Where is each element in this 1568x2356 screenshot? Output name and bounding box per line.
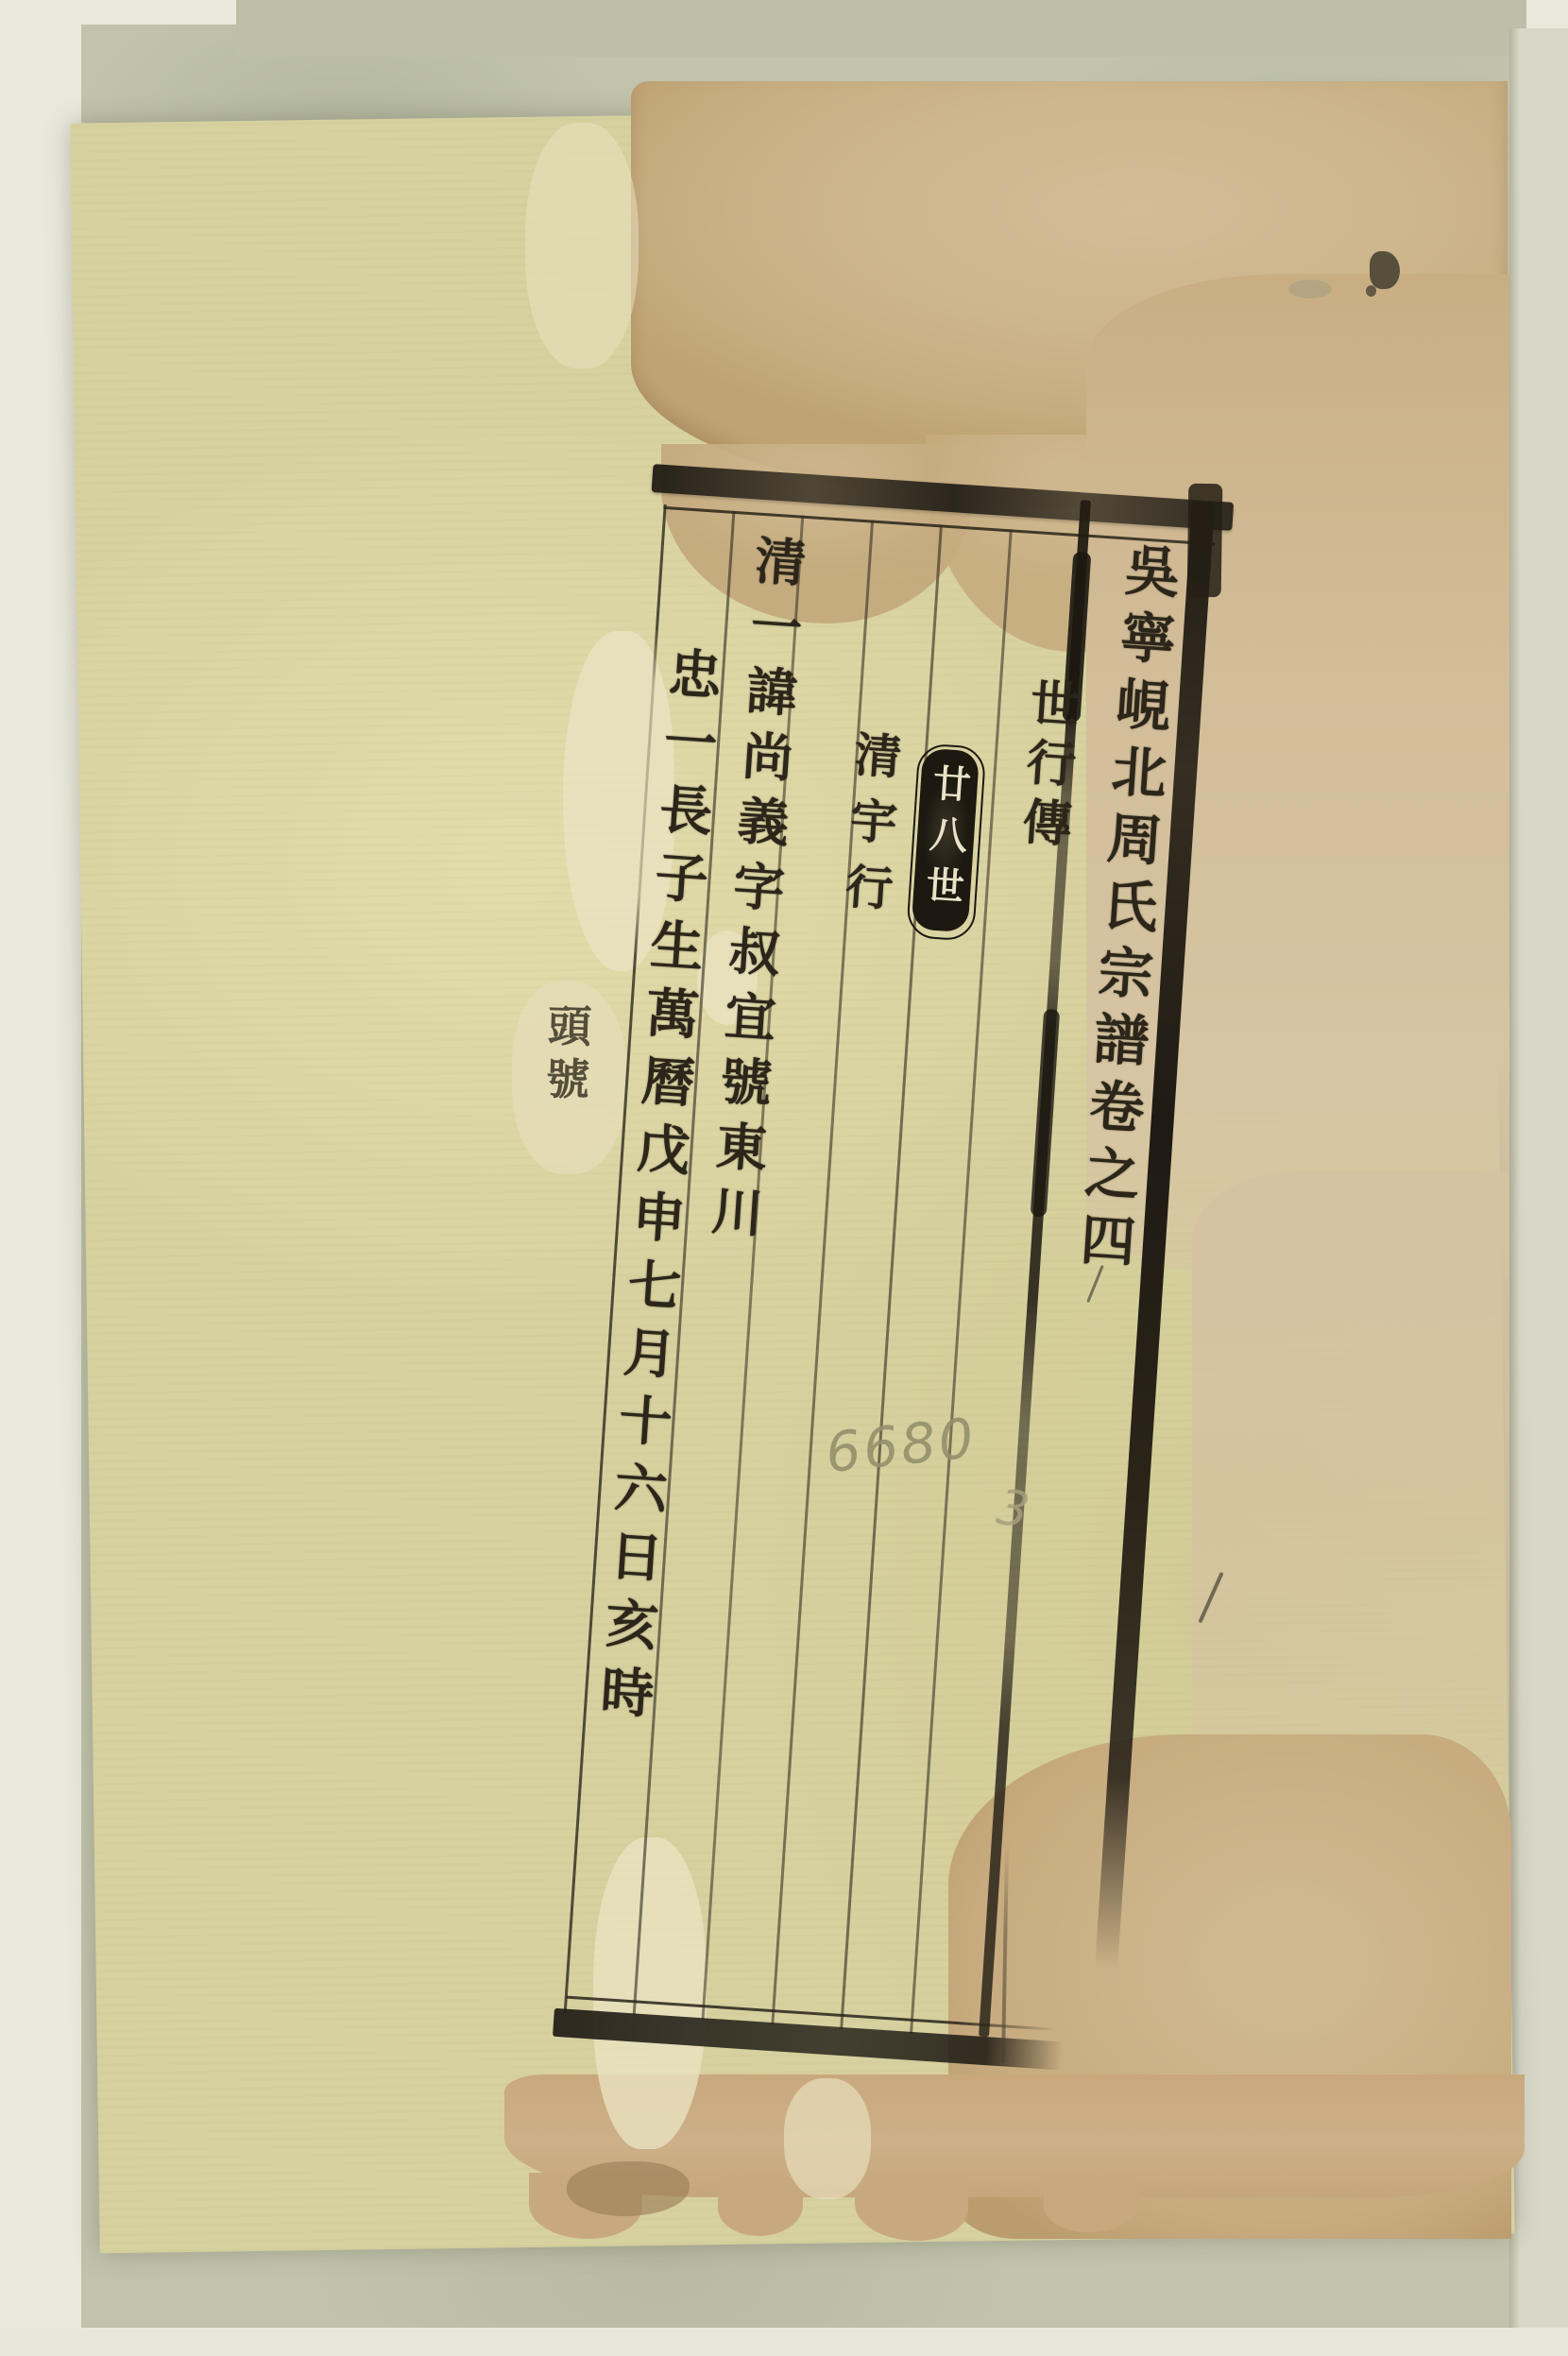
scan-edge-strip-bottom — [0, 2328, 1568, 2356]
ink-smudge — [1187, 484, 1223, 597]
torn-cream-patch — [784, 2078, 871, 2199]
ink-smudge — [1031, 1009, 1061, 1218]
printed-register-frame: 吳寧峴北周氏宗譜卷之四 世行傳 廿八世 清宇行 清一諱尚義字叔宜號東川 忠一長子… — [562, 472, 1218, 2074]
section-heading-text: 世行傳 — [1005, 675, 1087, 859]
ink-blot — [1366, 285, 1376, 297]
margin-label-text: 頭號 — [533, 1002, 599, 1110]
scanner-backing-top — [236, 0, 1526, 57]
ink-smudge-faint — [1288, 280, 1332, 299]
ink-blot — [1370, 251, 1400, 289]
generation-line-text: 清宇行 — [829, 728, 911, 930]
generation-seal: 廿八世 — [906, 743, 986, 941]
torn-cream-patch — [525, 123, 639, 368]
generation-seal-face: 廿八世 — [912, 748, 980, 933]
scan-edge-strip-right — [1509, 28, 1568, 2356]
generation-seal-text: 廿八世 — [913, 762, 978, 918]
